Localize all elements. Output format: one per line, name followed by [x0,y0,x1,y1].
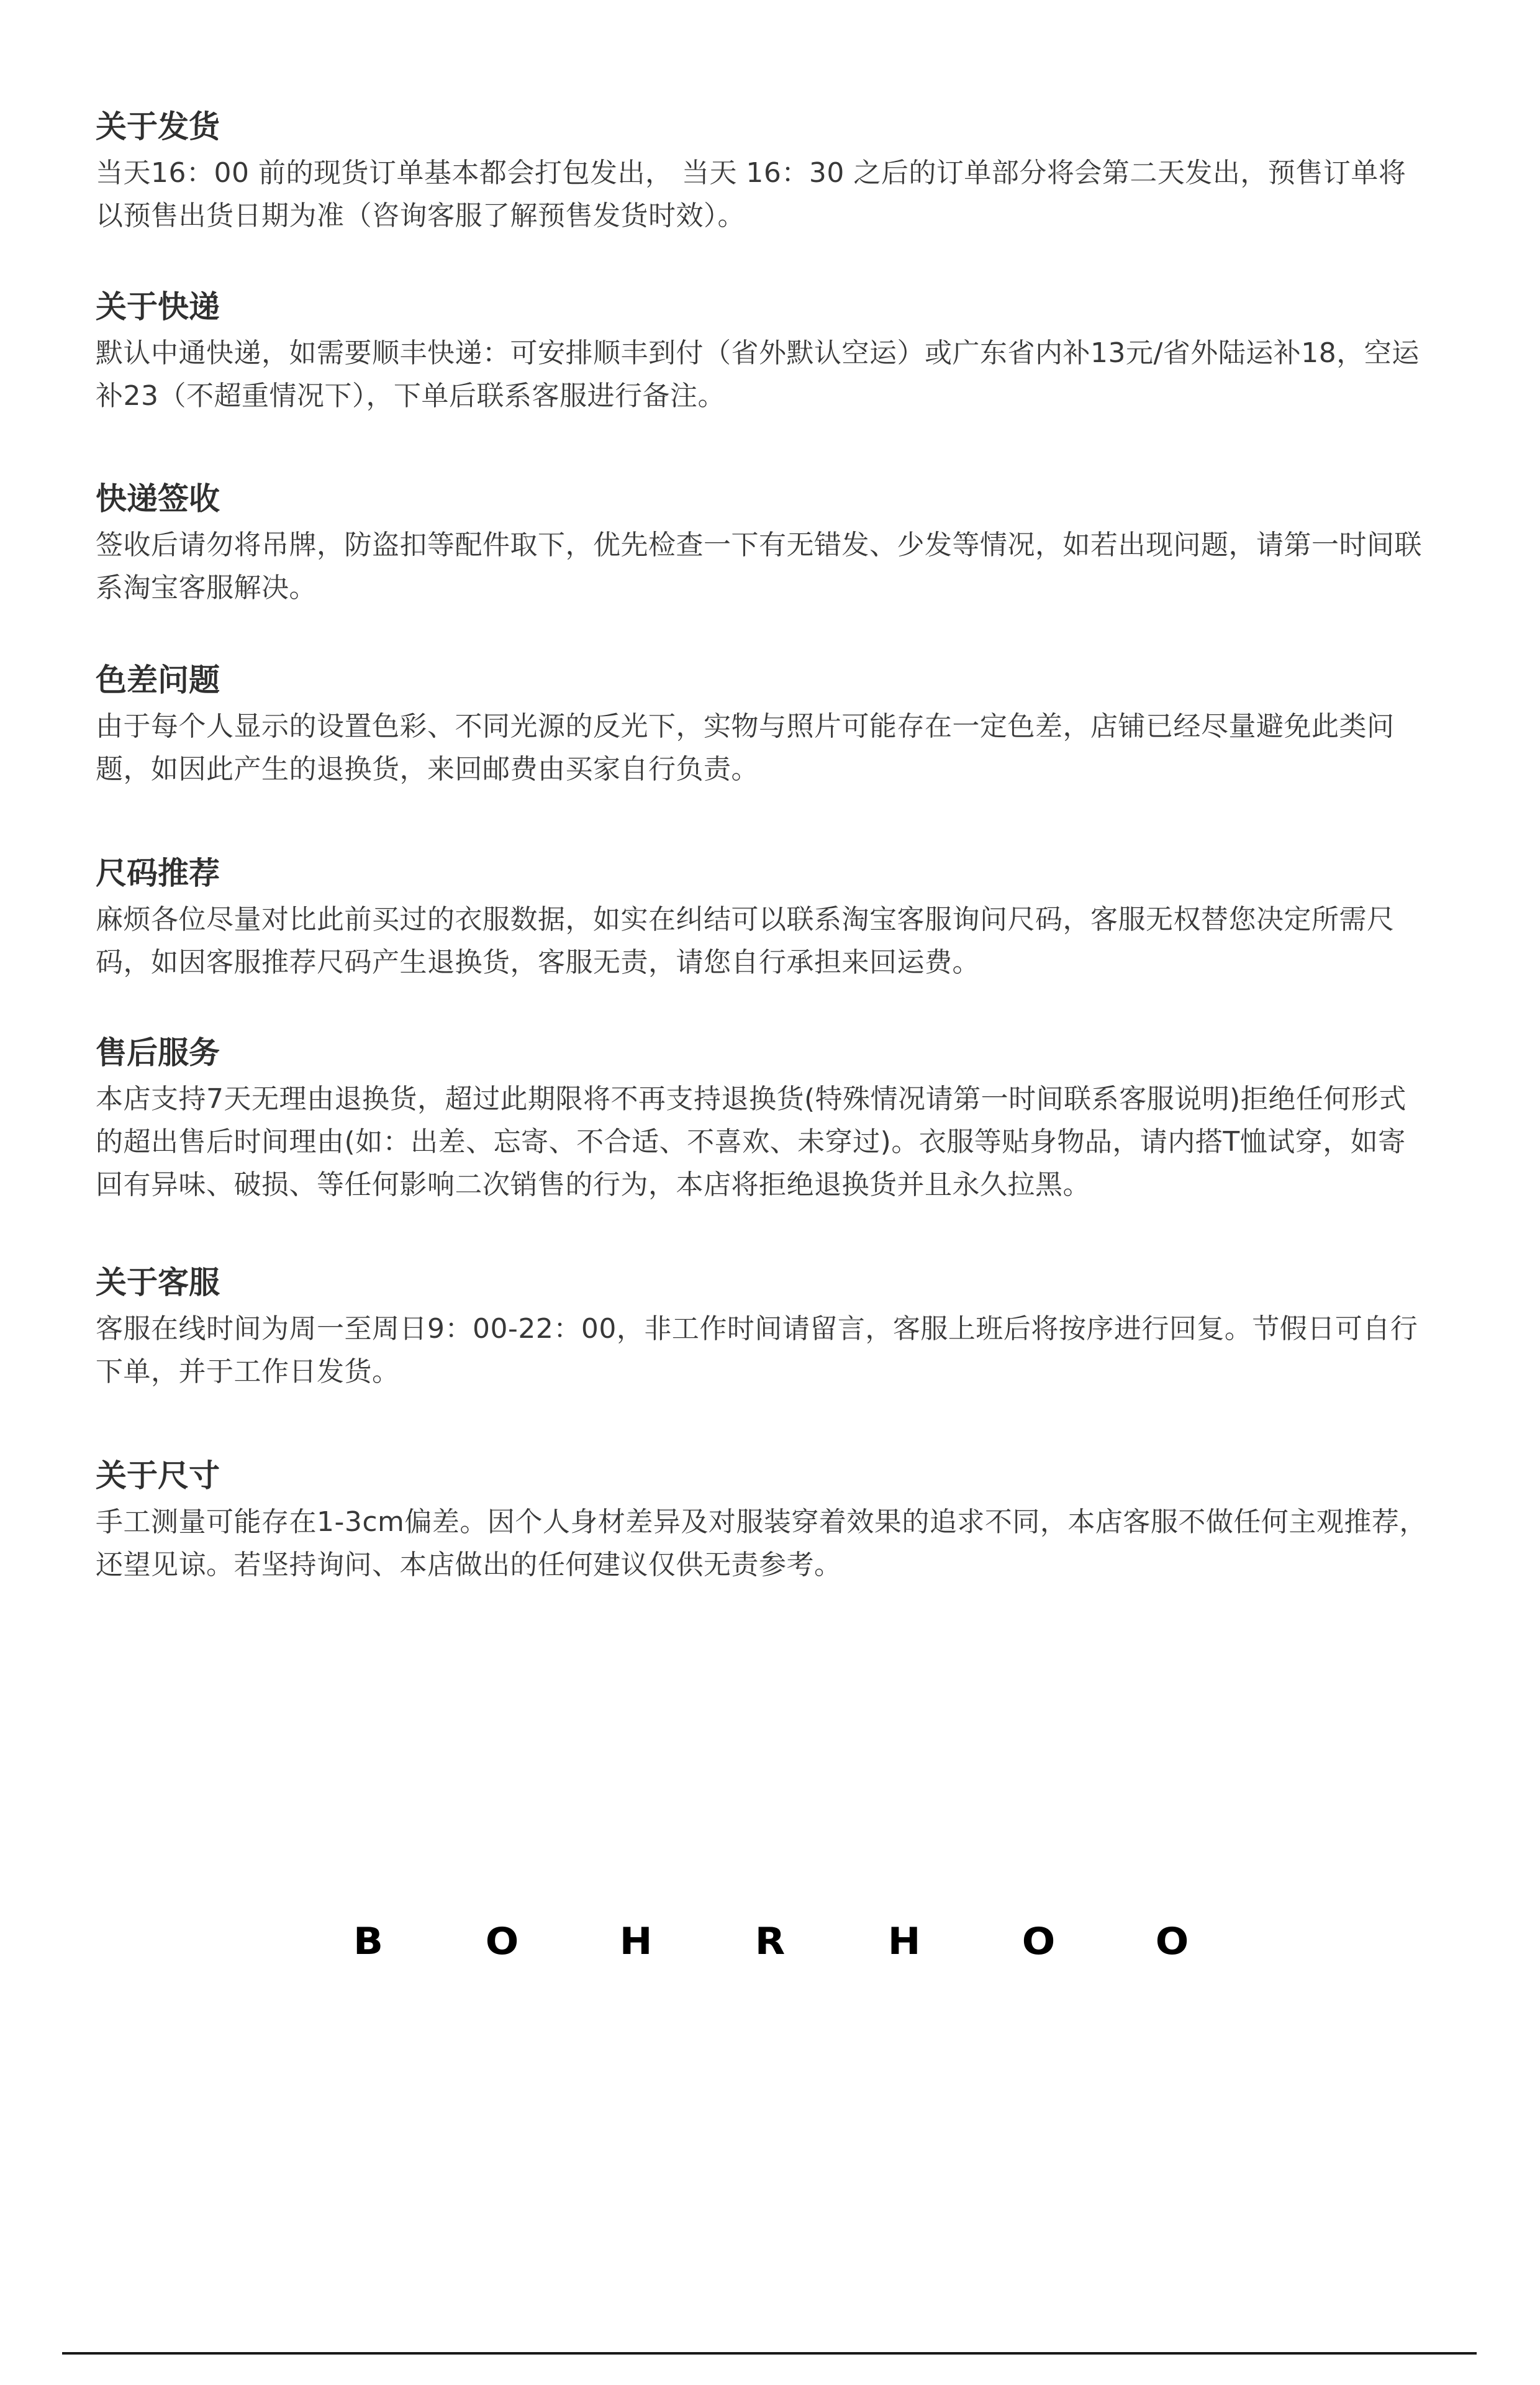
section-title: 色差问题 [96,661,1431,699]
logo-letter: R [754,1923,787,1960]
brand-logo: B O H R H O O [0,1923,1540,1960]
logo-letter: B [351,1923,384,1960]
logo-letter: H [620,1923,653,1960]
brand-logo-letters: B O H R H O O [353,1923,1188,1960]
section-color-difference: 色差问题 由于每个人显示的设置色彩、不同光源的反光下，实物与照片可能存在一定色差… [96,661,1431,791]
section-customer-service: 关于客服 客服在线时间为周一至周日9：00-22：00，非工作时间请留言，客服上… [96,1264,1431,1393]
section-body: 手工测量可能存在1-3cm偏差。因个人身材差异及对服装穿着效果的追求不同，本店客… [96,1501,1431,1586]
section-title: 关于尺寸 [96,1457,1431,1494]
section-body: 麻烦各位尽量对比此前买过的衣服数据，如实在纠结可以联系淘宝客服询问尺码，客服无权… [96,898,1431,984]
section-title: 售后服务 [96,1034,1431,1071]
logo-letter: O [486,1923,519,1960]
section-body: 签收后请勿将吊牌，防盗扣等配件取下，优先检查一下有无错发、少发等情况，如若出现问… [96,524,1431,609]
logo-letter: H [888,1923,921,1960]
section-title: 关于客服 [96,1264,1431,1301]
section-title: 关于发货 [96,108,1431,145]
section-body: 本店支持7天无理由退换货，超过此期限将不再支持退换货(特殊情况请第一时间联系客服… [96,1078,1431,1206]
section-body: 客服在线时间为周一至周日9：00-22：00，非工作时间请留言，客服上班后将按序… [96,1307,1431,1393]
bottom-divider [62,2352,1477,2355]
section-delivery-receipt: 快递签收 签收后请勿将吊牌，防盗扣等配件取下，优先检查一下有无错发、少发等情况，… [96,480,1431,609]
section-shipping: 关于发货 当天16：00 前的现货订单基本都会打包发出， 当天 16：30 之后… [96,108,1431,237]
section-body: 当天16：00 前的现货订单基本都会打包发出， 当天 16：30 之后的订单部分… [96,152,1431,237]
section-courier: 关于快递 默认中通快递，如需要顺丰快递：可安排顺丰到付（省外默认空运）或广东省内… [96,288,1431,417]
section-size-recommendation: 尺码推荐 麻烦各位尽量对比此前买过的衣服数据，如实在纠结可以联系淘宝客服询问尺码… [96,855,1431,984]
section-sizing: 关于尺寸 手工测量可能存在1-3cm偏差。因个人身材差异及对服装穿着效果的追求不… [96,1457,1431,1586]
section-after-sales: 售后服务 本店支持7天无理由退换货，超过此期限将不再支持退换货(特殊情况请第一时… [96,1034,1431,1206]
section-body: 默认中通快递，如需要顺丰快递：可安排顺丰到付（省外默认空运）或广东省内补13元/… [96,332,1431,417]
logo-letter: O [1021,1923,1054,1960]
section-body: 由于每个人显示的设置色彩、不同光源的反光下，实物与照片可能存在一定色差，店铺已经… [96,705,1431,791]
logo-letter: O [1156,1923,1189,1960]
section-title: 快递签收 [96,480,1431,517]
section-title: 关于快递 [96,288,1431,325]
section-title: 尺码推荐 [96,855,1431,892]
